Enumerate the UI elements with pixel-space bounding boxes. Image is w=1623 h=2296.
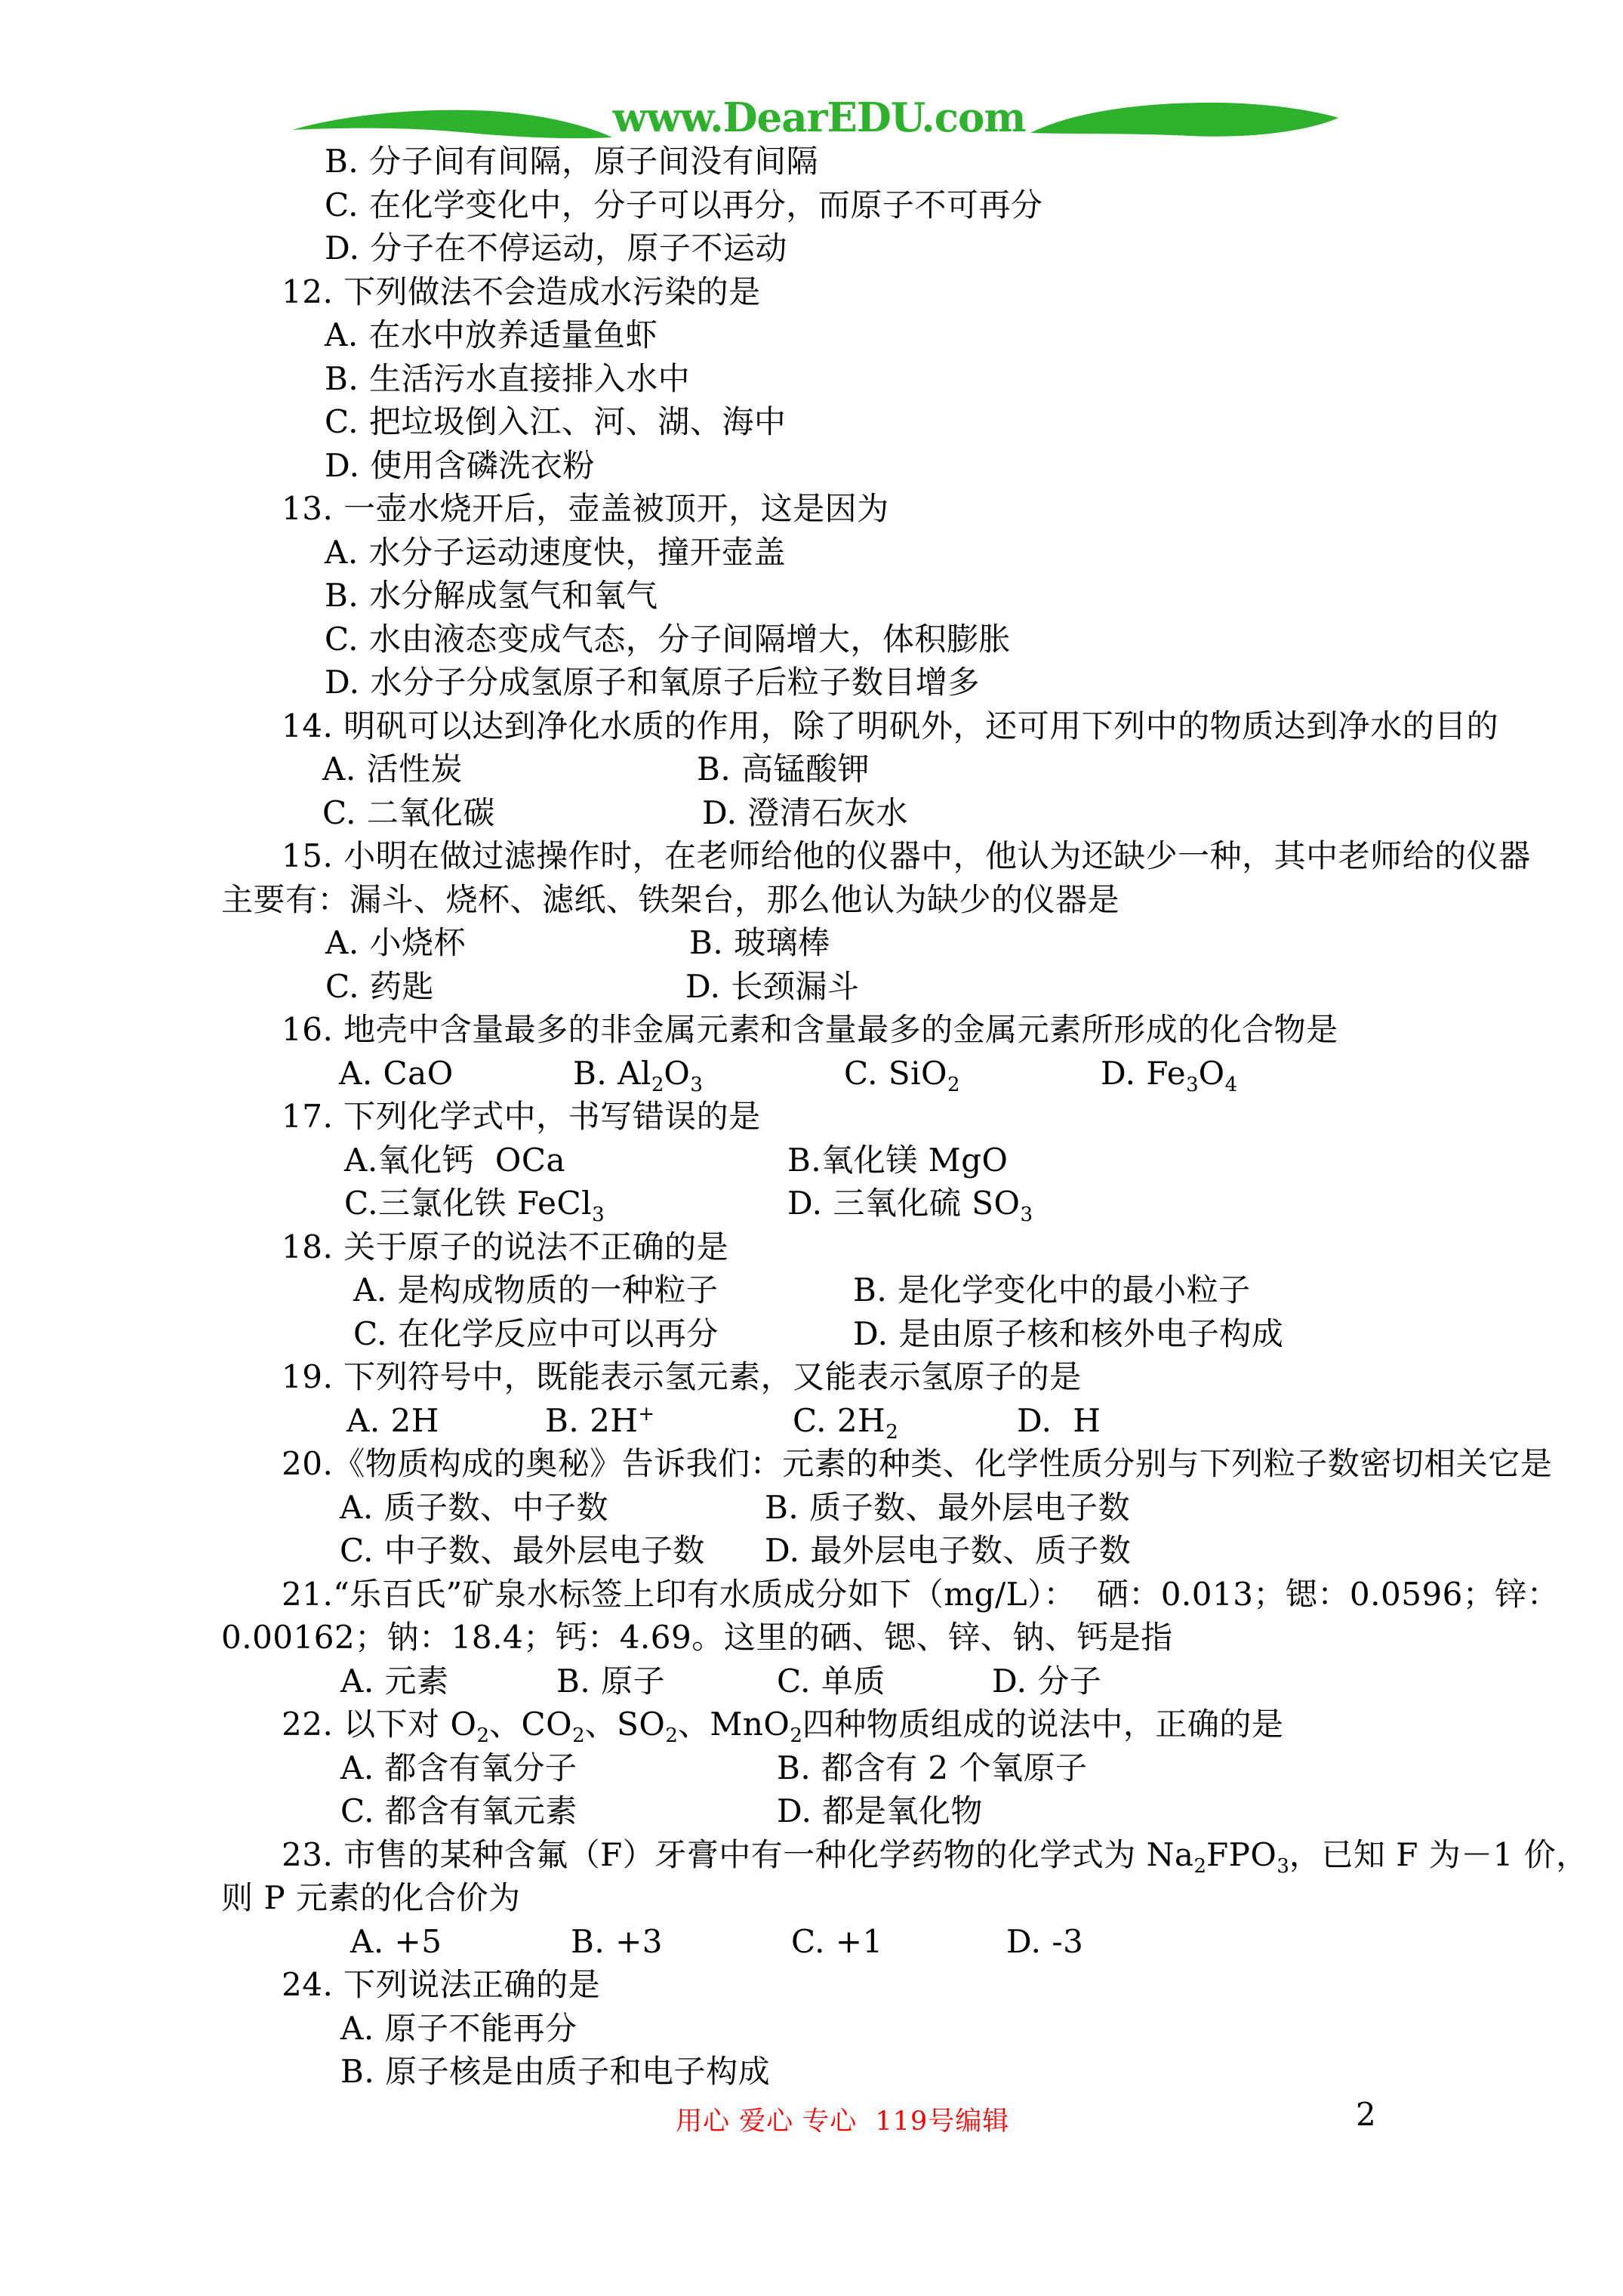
- text-line: D. -3: [1006, 1924, 1083, 1960]
- text-line: B. 质子数、最外层电子数: [765, 1490, 1130, 1526]
- text-line: B. 分子间有间隔，原子间没有间隔: [325, 143, 818, 180]
- text-line: D. 澄清石灰水: [702, 795, 908, 831]
- footer-note: 用心 爱心 专心 119号编辑: [676, 2100, 1009, 2138]
- text-line: A. 原子不能再分: [340, 2011, 577, 2047]
- text-line: A. 元素: [340, 1663, 449, 1700]
- subscript: 2: [651, 1074, 664, 1096]
- text-line: 主要有：漏斗、烧杯、滤纸、铁架台，那么他认为缺少的仪器是: [221, 882, 1119, 918]
- text-line: 20.《物质构成的奥秘》告诉我们：元素的种类、化学性质分别与下列粒子数密切相关它…: [282, 1446, 1552, 1482]
- document-lines: B. 分子间有间隔，原子间没有间隔C. 在化学变化中，分子可以再分，而原子不可再…: [0, 0, 1623, 2296]
- text-line: D. 分子: [992, 1663, 1101, 1700]
- subscript: 3: [1020, 1203, 1033, 1226]
- text-line: B. 都含有 2 个氧原子: [777, 1750, 1088, 1786]
- text-line: A. 2H: [346, 1403, 439, 1439]
- text-line: B. 生活污水直接排入水中: [325, 361, 690, 397]
- text-line: B. Al2O3: [573, 1056, 703, 1092]
- subscript: 2: [947, 1074, 960, 1096]
- subscript: 4: [1225, 1074, 1238, 1096]
- text-line: 12. 下列做法不会造成水污染的是: [282, 274, 761, 310]
- text-line: A. 活性炭: [322, 751, 463, 787]
- text-line: 15. 小明在做过滤操作时，在老师给他的仪器中，他认为还缺少一种，其中老师给的仪…: [282, 838, 1531, 874]
- text-line: 13. 一壶水烧开后，壶盖被顶开，这是因为: [282, 491, 889, 527]
- superscript: +: [638, 1403, 654, 1425]
- text-line: 0.00162；钠：18.4；钙：4.69。这里的硒、锶、锌、钠、钙是指: [221, 1620, 1173, 1656]
- text-line: A. 小烧杯: [325, 925, 466, 961]
- subscript: 3: [690, 1074, 703, 1096]
- text-line: 21.“乐百氏”矿泉水标签上印有水质成分如下（mg/L）： 硒：0.013；锶：…: [282, 1576, 1559, 1613]
- text-line: C. 二氧化碳: [322, 795, 495, 831]
- subscript: 2: [1193, 1855, 1206, 1878]
- subscript: 3: [1186, 1074, 1199, 1096]
- text-line: A. 都含有氧分子: [340, 1750, 577, 1786]
- subscript: 2: [885, 1421, 898, 1444]
- text-line: C. 在化学反应中可以再分: [353, 1316, 719, 1352]
- text-line: D. 水分子分成氢原子和氧原子后粒子数目增多: [325, 664, 980, 701]
- text-line: C.三氯化铁 FeCl3: [344, 1185, 605, 1222]
- text-line: D. 分子在不停运动，原子不运动: [325, 230, 787, 267]
- text-line: B. 原子: [556, 1663, 665, 1700]
- text-line: D. 都是氧化物: [777, 1793, 983, 1829]
- text-line: A. 是构成物质的一种粒子: [353, 1272, 719, 1308]
- subscript: 2: [476, 1724, 489, 1747]
- text-line: D. 使用含磷洗衣粉: [325, 448, 595, 484]
- text-line: C. 2H2: [793, 1403, 898, 1439]
- text-line: D. 三氧化硫 SO3: [787, 1185, 1033, 1222]
- text-line: C. 药匙: [325, 969, 434, 1005]
- text-line: C. +1: [791, 1924, 883, 1960]
- text-line: A. 在水中放养适量鱼虾: [325, 317, 658, 353]
- text-line: A. 质子数、中子数: [340, 1490, 608, 1526]
- text-line: B. 高锰酸钾: [697, 751, 870, 787]
- text-line: 17. 下列化学式中，书写错误的是: [282, 1099, 761, 1135]
- text-line: B. 是化学变化中的最小粒子: [853, 1272, 1251, 1308]
- text-line: A. CaO: [339, 1056, 454, 1092]
- page-number: 2: [1356, 2096, 1376, 2133]
- text-line: 16. 地壳中含量最多的非金属元素和含量最多的金属元素所形成的化合物是: [282, 1012, 1338, 1048]
- text-line: 23. 市售的某种含氟（F）牙膏中有一种化学药物的化学式为 Na2FPO3，已知…: [282, 1837, 1588, 1873]
- text-line: C. 中子数、最外层电子数: [340, 1533, 705, 1569]
- text-line: D. 长颈漏斗: [685, 969, 859, 1005]
- subscript: 2: [665, 1724, 678, 1747]
- text-line: A.氧化钙 OCa: [344, 1142, 565, 1179]
- subscript: 3: [592, 1203, 605, 1226]
- text-line: C. 把垃圾倒入江、河、湖、海中: [325, 404, 786, 440]
- text-line: A. +5: [350, 1924, 442, 1960]
- text-line: C. 水由液态变成气态，分子间隔增大，体积膨胀: [325, 621, 1011, 658]
- text-line: C. 在化学变化中，分子可以再分，而原子不可再分: [325, 187, 1042, 223]
- text-line: C. 都含有氧元素: [340, 1793, 577, 1829]
- text-line: B. 原子核是由质子和电子构成: [340, 2054, 770, 2090]
- text-line: 22. 以下对 O2、CO2、SO2、MnO2四种物质组成的说法中，正确的是: [282, 1706, 1283, 1743]
- subscript: 2: [572, 1724, 585, 1747]
- text-line: 19. 下列符号中，既能表示氢元素，又能表示氢原子的是: [282, 1359, 1082, 1395]
- text-line: C. SiO2: [844, 1056, 960, 1092]
- text-line: A. 水分子运动速度快，撞开壶盖: [325, 535, 786, 571]
- text-line: B.氧化镁 MgO: [787, 1142, 1008, 1179]
- text-line: 18. 关于原子的说法不正确的是: [282, 1229, 728, 1265]
- text-line: B. 水分解成氢气和氧气: [325, 578, 658, 614]
- exam-page: www.DearEDU.com B. 分子间有间隔，原子间没有间隔C. 在化学变…: [0, 0, 1623, 2296]
- text-line: 则 P 元素的化合价为: [221, 1880, 520, 1916]
- subscript: 2: [790, 1724, 802, 1747]
- text-line: D. Fe3O4: [1101, 1056, 1237, 1092]
- text-line: B. 玻璃棒: [689, 925, 830, 961]
- text-line: D. H: [1017, 1403, 1101, 1439]
- text-line: D. 是由原子核和核外电子构成: [853, 1316, 1283, 1352]
- text-line: B. 2H+: [545, 1403, 654, 1439]
- text-line: 24. 下列说法正确的是: [282, 1967, 600, 2003]
- subscript: 3: [1277, 1855, 1289, 1878]
- text-line: B. +3: [571, 1924, 663, 1960]
- text-line: D. 最外层电子数、质子数: [765, 1533, 1131, 1569]
- text-line: C. 单质: [777, 1663, 885, 1700]
- text-line: 14. 明矾可以达到净化水质的作用，除了明矾外，还可用下列中的物质达到净水的目的: [282, 708, 1498, 744]
